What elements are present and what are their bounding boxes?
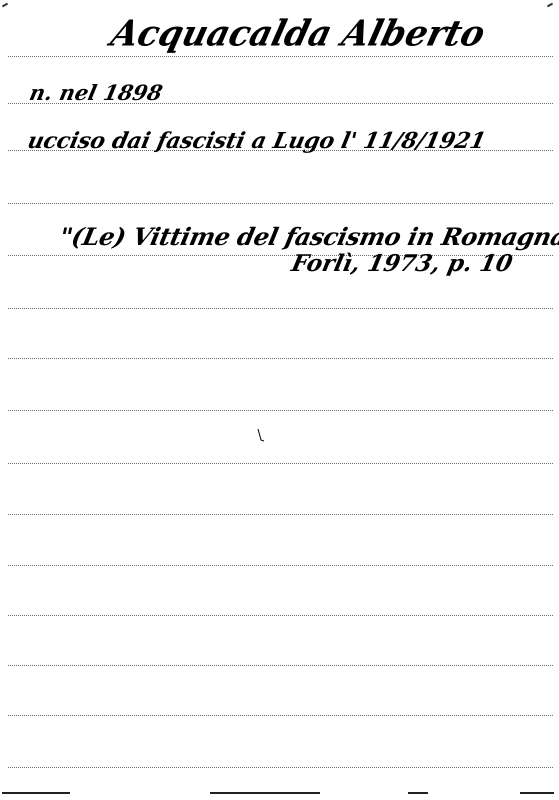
ruled-line: [8, 767, 553, 768]
source-title: "(Le) Vittime del fascismo in Romagna": [57, 222, 559, 251]
ruled-line: [8, 203, 553, 204]
ruled-line: [8, 463, 553, 464]
ruled-line: [8, 56, 553, 57]
bottom-edge-mark: [2, 792, 70, 794]
ruled-line: [8, 358, 553, 359]
bottom-edge-mark: [210, 792, 320, 794]
stray-pen-mark: [257, 428, 265, 444]
person-name: Acquacalda Alberto: [107, 13, 489, 55]
ruled-line: [8, 308, 553, 309]
source-publication: Forlì, 1973, p. 10: [289, 250, 515, 277]
ruled-line: [8, 615, 553, 616]
death-info: ucciso dai fascisti a Lugo l' 11/8/1921: [25, 128, 488, 154]
birth-info: n. nel 1898: [27, 80, 165, 105]
ruled-line: [8, 715, 553, 716]
ruled-line: [8, 514, 553, 515]
index-card: Acquacalda Alberto n. nel 1898 ucciso da…: [0, 0, 559, 800]
ruled-line: [8, 565, 553, 566]
bottom-edge-mark: [520, 792, 554, 794]
ruled-line: [8, 665, 553, 666]
corner-mark: [547, 3, 553, 8]
ruled-line: [8, 410, 553, 411]
corner-mark: [2, 3, 8, 8]
bottom-edge-mark: [408, 792, 428, 794]
